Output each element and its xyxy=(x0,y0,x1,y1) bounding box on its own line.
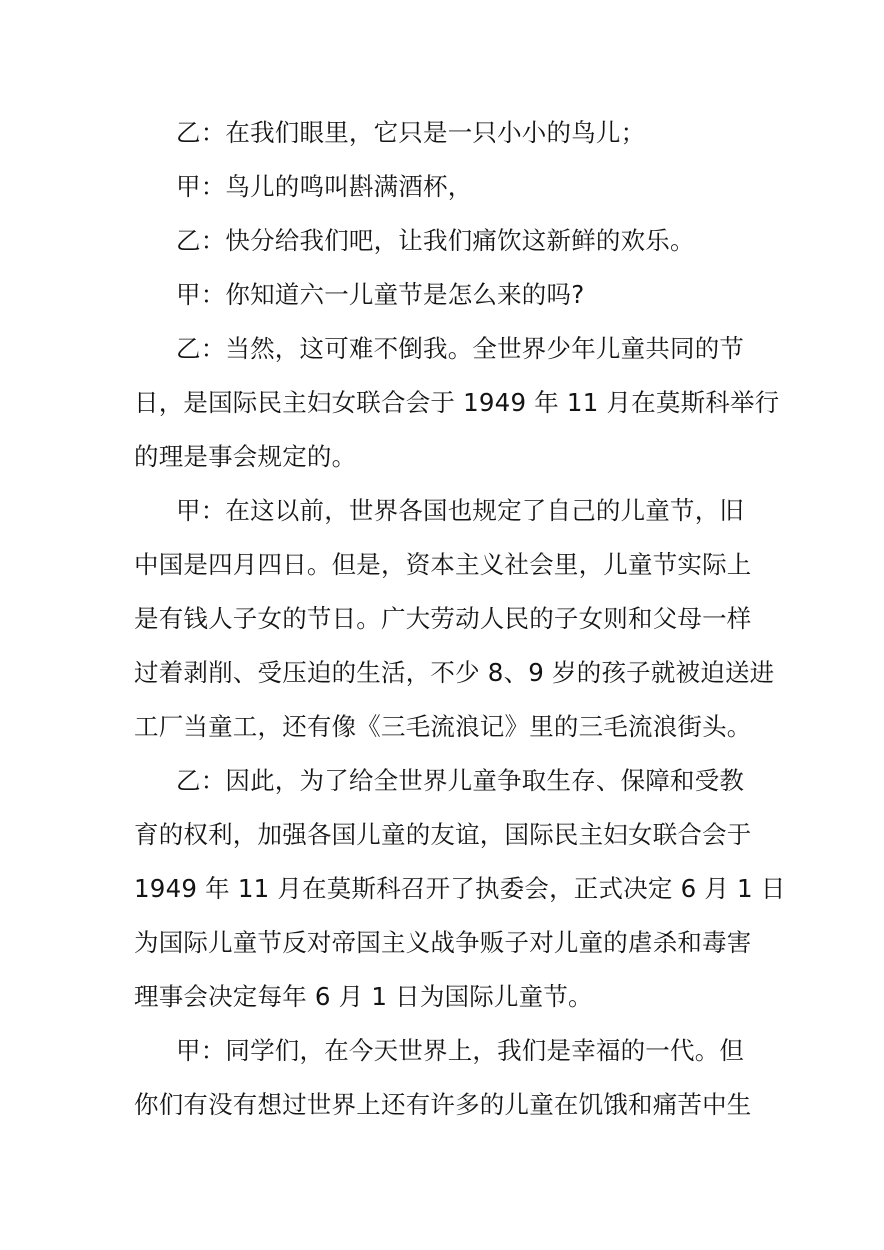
text-line: 乙：当然，这可难不倒我。全世界少年儿童共同的节 xyxy=(134,322,750,376)
text-line: 甲：鸟儿的鸣叫斟满酒杯， xyxy=(134,160,750,214)
text-line: 育的权利，加强各国儿童的友谊，国际民主妇女联合会于 xyxy=(134,808,750,862)
text-line: 是有钱人子女的节日。广大劳动人民的子女则和父母一样 xyxy=(134,592,750,646)
text-line: 乙：在我们眼里，它只是一只小小的鸟儿； xyxy=(134,106,750,160)
text-line: 中国是四月四日。但是，资本主义社会里，儿童节实际上 xyxy=(134,538,750,592)
text-line: 甲：同学们，在今天世界上，我们是幸福的一代。但 xyxy=(134,1024,750,1078)
text-line: 过着剥削、受压迫的生活，不少 8、9 岁的孩子就被迫送进 xyxy=(134,646,750,700)
document-page: 乙：在我们眼里，它只是一只小小的鸟儿； 甲：鸟儿的鸣叫斟满酒杯， 乙：快分给我们… xyxy=(134,106,750,1132)
text-line: 为国际儿童节反对帝国主义战争贩子对儿童的虐杀和毒害 xyxy=(134,916,750,970)
text-line: 乙：快分给我们吧，让我们痛饮这新鲜的欢乐。 xyxy=(134,214,750,268)
text-line: 甲：你知道六一儿童节是怎么来的吗? xyxy=(134,268,750,322)
text-line: 理事会决定每年 6 月 1 日为国际儿童节。 xyxy=(134,970,750,1024)
text-line: 日，是国际民主妇女联合会于 1949 年 11 月在莫斯科举行 xyxy=(134,376,750,430)
text-line: 甲：在这以前，世界各国也规定了自己的儿童节，旧 xyxy=(134,484,750,538)
text-line: 1949 年 11 月在莫斯科召开了执委会，正式决定 6 月 1 日 xyxy=(134,862,750,916)
text-line: 你们有没有想过世界上还有许多的儿童在饥饿和痛苦中生 xyxy=(134,1078,750,1132)
text-line: 的理是事会规定的。 xyxy=(134,430,750,484)
text-line: 乙：因此，为了给全世界儿童争取生存、保障和受教 xyxy=(134,754,750,808)
text-line: 工厂当童工，还有像《三毛流浪记》里的三毛流浪街头。 xyxy=(134,700,750,754)
